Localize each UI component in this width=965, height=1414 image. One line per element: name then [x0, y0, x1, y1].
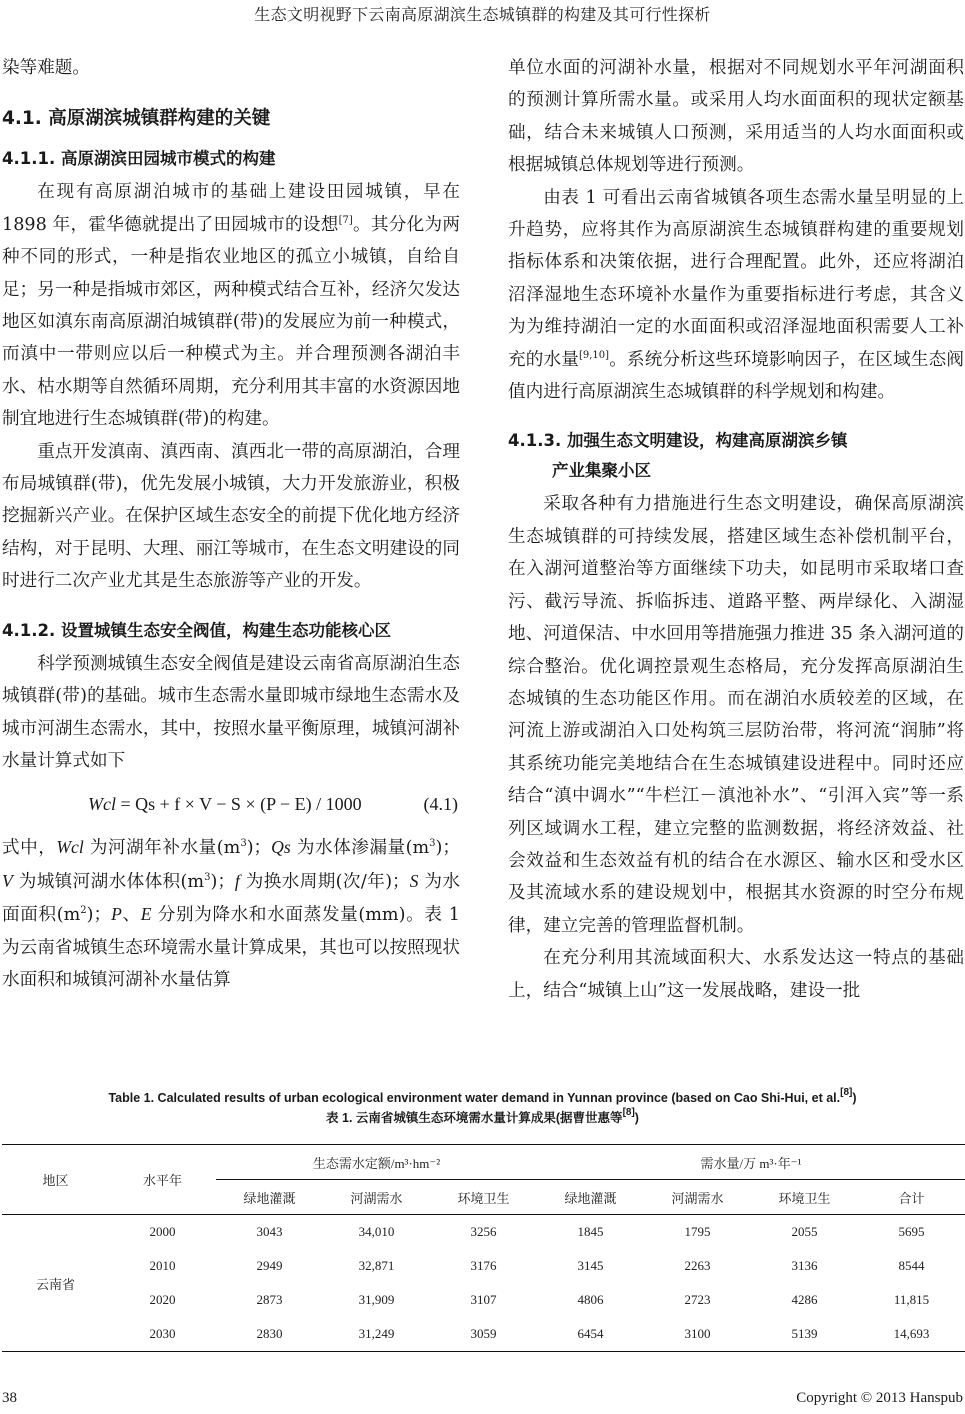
- equation-rhs: = Qs + f × V − S × (P − E) / 1000: [120, 794, 361, 814]
- table-cell: 2873: [216, 1283, 323, 1317]
- table-cell: 11,815: [858, 1283, 965, 1317]
- text: 为换水周期(次/年)；: [240, 872, 410, 892]
- table-cell: 3256: [430, 1215, 537, 1250]
- text: )；: [87, 905, 111, 925]
- running-head: 生态文明视野下云南高原湖滨生态城镇群的构建及其可行性探析: [0, 2, 965, 25]
- table-cell: 3136: [751, 1249, 858, 1283]
- heading-line: 产业集聚小区: [508, 456, 964, 486]
- water-demand-table: 地区 水平年 生态需水定额/m³·hm⁻² 需水量/万 m³·年⁻¹ 绿地灌溉 …: [2, 1144, 965, 1352]
- right-column: 单位水面的河湖补水量，根据对不同规划水平年河湖面积的预测计算所需水量。或采用人均…: [508, 52, 964, 1007]
- table-cell: 3100: [644, 1317, 751, 1352]
- table-cell: 1845: [537, 1215, 644, 1250]
- table-cell: 14,693: [858, 1317, 965, 1352]
- column-header-year: 水平年: [109, 1145, 216, 1215]
- paragraph-table-analysis: 由表 1 可看出云南省城镇各项生态需水量呈明显的上升趋势，应将其作为高原湖滨生态…: [508, 182, 964, 409]
- paragraph-eco-civilization: 采取各种有力措施进行生态文明建设，确保高原湖滨生态城镇群的可持续发展，搭建区域生…: [508, 488, 964, 942]
- paragraph-text: 由表 1 可看出云南省城镇各项生态需水量呈明显的上升趋势，应将其作为高原湖滨生态…: [508, 188, 964, 370]
- variable-wcl: Wcl: [56, 837, 83, 857]
- caption-text: Table 1. Calculated results of urban eco…: [108, 1091, 840, 1105]
- table-cell: 8544: [858, 1249, 965, 1283]
- table-cell: 5695: [858, 1215, 965, 1250]
- variable-p: P: [111, 904, 122, 924]
- variable-qs: Qs: [271, 837, 291, 857]
- table-cell: 2949: [216, 1249, 323, 1283]
- table-cell: 2030: [109, 1317, 216, 1352]
- caption-text: ): [635, 1111, 639, 1125]
- column-header: 合计: [858, 1180, 965, 1215]
- table-caption-zh: 表 1. 云南省城镇生态环境需水量计算成果(据曹世惠等[8]): [0, 1108, 965, 1128]
- page-number: 38: [2, 1390, 17, 1407]
- table-cell: 2010: [109, 1249, 216, 1283]
- equation-formula: Wcl = Qs + f × V − S × (P − E) / 1000: [2, 788, 362, 820]
- table-cell: 3145: [537, 1249, 644, 1283]
- table-row: 2030 2830 31,249 3059 6454 3100 5139 14,…: [2, 1317, 965, 1352]
- section-heading-4-1-3: 4.1.3. 加强生态文明建设，构建高原湖滨乡镇 产业集聚小区: [508, 426, 964, 486]
- table-cell: 32,871: [323, 1249, 430, 1283]
- section-heading-4-1: 4.1. 高原湖滨城镇群构建的关键: [2, 104, 460, 134]
- table-row: 2020 2873 31,909 3107 4806 2723 4286 11,…: [2, 1283, 965, 1317]
- table-cell: 5139: [751, 1317, 858, 1352]
- left-column: 染等难题。 4.1. 高原湖滨城镇群构建的关键 4.1.1. 高原湖滨田园城市模…: [2, 52, 460, 996]
- table-caption: Table 1. Calculated results of urban eco…: [0, 1088, 965, 1128]
- column-header: 绿地灌溉: [216, 1180, 323, 1215]
- column-header: 河湖需水: [644, 1180, 751, 1215]
- text: )；: [436, 838, 460, 858]
- table-cell: 31,249: [323, 1317, 430, 1352]
- caption-text: ): [852, 1091, 856, 1105]
- table-cell: 2830: [216, 1317, 323, 1352]
- table-cell: 4286: [751, 1283, 858, 1317]
- paragraph-key-development: 重点开发滇南、滇西南、滇西北一带的高原湖泊，合理布局城镇群(带)，优先发展小城镇…: [2, 436, 460, 598]
- column-group-quota: 生态需水定额/m³·hm⁻²: [216, 1145, 537, 1180]
- table-cell: 31,909: [323, 1283, 430, 1317]
- section-heading-4-1-1: 4.1.1. 高原湖滨田园城市模式的构建: [2, 144, 460, 174]
- text: 为河湖年补水量(m: [84, 838, 241, 858]
- heading-line: 4.1.3. 加强生态文明建设，构建高原湖滨乡镇: [508, 431, 848, 450]
- region-cell: 云南省: [2, 1215, 109, 1352]
- section-heading-4-1-2: 4.1.2. 设置城镇生态安全阀值，构建生态功能核心区: [2, 616, 460, 646]
- equation-number: (4.1): [424, 788, 461, 820]
- column-header: 环境卫生: [751, 1180, 858, 1215]
- table-cell: 1795: [644, 1215, 751, 1250]
- table-header-row: 地区 水平年 生态需水定额/m³·hm⁻² 需水量/万 m³·年⁻¹: [2, 1145, 965, 1180]
- caption-text: 表 1. 云南省城镇生态环境需水量计算成果(据曹世惠等: [326, 1111, 623, 1125]
- table-cell: 4806: [537, 1283, 644, 1317]
- column-header-region: 地区: [2, 1145, 109, 1215]
- text: )；: [247, 838, 271, 858]
- table-row: 2010 2949 32,871 3176 3145 2263 3136 854…: [2, 1249, 965, 1283]
- citation-ref[interactable]: [8]: [840, 1087, 852, 1098]
- table-cell: 3176: [430, 1249, 537, 1283]
- paragraph-text: 。其分化为两种不同的形式，一种是指农业地区的孤立小城镇，自给自足；另一种是指城市…: [2, 215, 460, 429]
- text: )；: [210, 872, 234, 892]
- paragraph-watershed: 在充分利用其流域面积大、水系发达这一特点的基础上，结合“城镇上山”这一发展战略，…: [508, 942, 964, 1007]
- column-header: 河湖需水: [323, 1180, 430, 1215]
- column-group-demand: 需水量/万 m³·年⁻¹: [537, 1145, 965, 1180]
- table-cell: 3059: [430, 1317, 537, 1352]
- table-cell: 34,010: [323, 1215, 430, 1250]
- text: 为水体渗漏量(m: [291, 838, 429, 858]
- citation-ref[interactable]: [8]: [623, 1107, 635, 1118]
- variable-e: E: [141, 904, 152, 924]
- table-cell: 2723: [644, 1283, 751, 1317]
- variable-v: V: [2, 871, 13, 891]
- table-cell: 3043: [216, 1215, 323, 1250]
- table-cell: 2020: [109, 1283, 216, 1317]
- paragraph-garden-city: 在现有高原湖泊城市的基础上建设田园城镇，早在 1898 年，霍华德就提出了田园城…: [2, 176, 460, 435]
- column-header: 绿地灌溉: [537, 1180, 644, 1215]
- table-cell: 6454: [537, 1317, 644, 1352]
- copyright-notice: Copyright © 2013 Hanspub: [796, 1390, 963, 1407]
- text: 式中，: [2, 838, 56, 858]
- table-row: 云南省 2000 3043 34,010 3256 1845 1795 2055…: [2, 1215, 965, 1250]
- paragraph-unit-water: 单位水面的河湖补水量，根据对不同规划水平年河湖面积的预测计算所需水量。或采用人均…: [508, 52, 964, 182]
- citation-ref[interactable]: [7]: [339, 215, 353, 226]
- text: 为城镇河湖水体体积(m: [13, 872, 204, 892]
- table-cell: 2055: [751, 1215, 858, 1250]
- paragraph-threshold: 科学预测城镇生态安全阀值是建设云南省高原湖泊生态城镇群(带)的基础。城市生态需水…: [2, 648, 460, 778]
- table-cell: 3107: [430, 1283, 537, 1317]
- paragraph-continuation: 染等难题。: [2, 52, 460, 84]
- equation-4-1: Wcl = Qs + f × V − S × (P − E) / 1000 (4…: [2, 787, 460, 821]
- text: 、: [122, 905, 141, 925]
- column-header: 环境卫生: [430, 1180, 537, 1215]
- citation-ref[interactable]: [9,10]: [579, 350, 609, 361]
- equation-lhs: Wcl: [88, 794, 116, 814]
- table-cell: 2263: [644, 1249, 751, 1283]
- table-cell: 2000: [109, 1215, 216, 1250]
- paragraph-variable-definitions: 式中，Wcl 为河湖年补水量(m3)；Qs 为水体渗漏量(m3)；V 为城镇河湖…: [2, 831, 460, 996]
- table-caption-en: Table 1. Calculated results of urban eco…: [0, 1088, 965, 1108]
